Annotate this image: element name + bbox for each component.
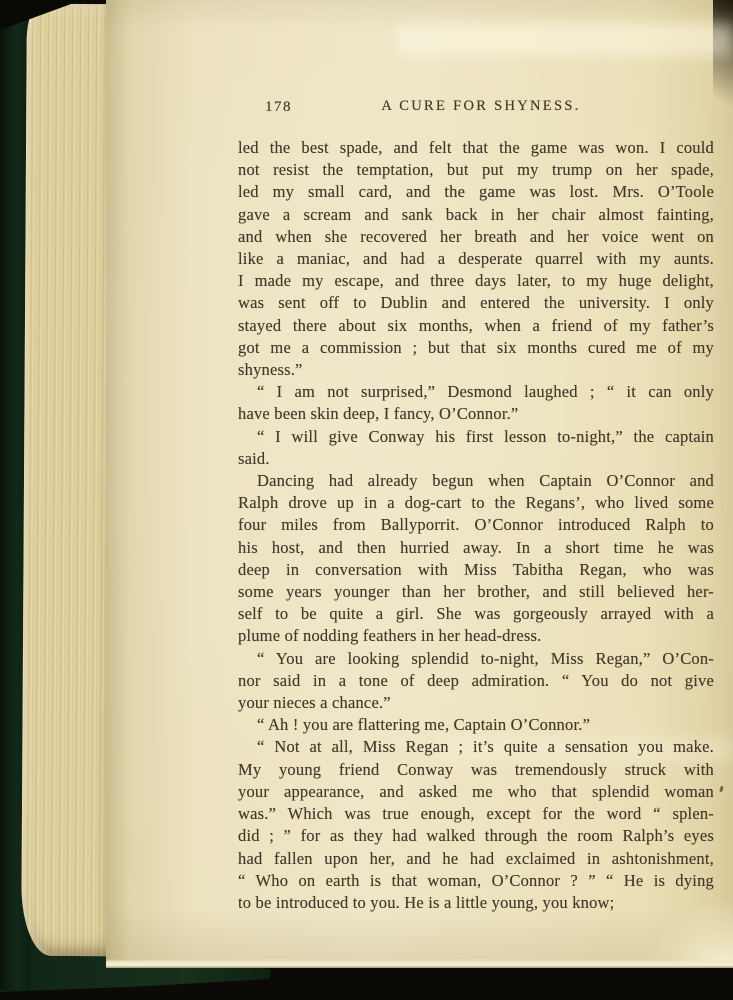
text-line: led my small card, and the game was lost…	[238, 181, 714, 203]
text-line: self to be quite a girl. She was gorgeou…	[238, 603, 714, 625]
text-line: your nieces a chance.”	[238, 692, 714, 714]
text-line: like a maniac, and had a desperate quarr…	[238, 248, 714, 270]
text-line: shyness.”	[238, 359, 714, 381]
text-line: My young friend Conway was tremendously …	[238, 759, 714, 781]
running-header: A CURE FOR SHYNESS.	[248, 98, 714, 115]
text-line: I made my escape, and three days later, …	[238, 270, 714, 292]
text-line: your appearance, and asked me who that s…	[238, 781, 714, 803]
text-line: have been skin deep, I fancy, O’Connor.”	[238, 403, 714, 425]
text-column: led the best spade, and felt that the ga…	[238, 137, 714, 917]
page-header: 178 A CURE FOR SHYNESS.	[238, 98, 714, 118]
book-photograph: { "scene": { "colors": { "background": "…	[0, 0, 733, 1000]
text-line: had fallen upon her, and he had exclaime…	[238, 848, 714, 870]
text-line: was.” Which was true enough, except for …	[238, 803, 714, 825]
text-line: “ Who on earth is that woman, O’Connor ?…	[238, 870, 714, 892]
text-line: nor said in a tone of deep admiration. “…	[238, 670, 714, 692]
text-line: gave a scream and sank back in her chair…	[238, 204, 714, 226]
paragraph: “ I will give Conway his first lesson to…	[238, 426, 714, 470]
text-line: led the best spade, and felt that the ga…	[238, 137, 714, 159]
text-line: four miles from Ballyporrit. O’Connor in…	[238, 514, 714, 536]
text-line: stayed there about six months, when a fr…	[238, 315, 714, 337]
paragraph: “ You are looking splendid to-night, Mis…	[238, 648, 714, 715]
text-line: and when she recovered her breath and he…	[238, 226, 714, 248]
text-line: Dancing had already begun when Captain O…	[238, 470, 714, 492]
text-line: deep in conversation with Miss Tabitha R…	[238, 559, 714, 581]
text-line: his host, and then hurried away. In a sh…	[238, 537, 714, 559]
text-line: “ Ah ! you are flattering me, Captain O’…	[238, 714, 714, 736]
text-line: “ Not at all, Miss Regan ; it’s quite a …	[238, 736, 714, 758]
text-line: to be introduced to you. He is a little …	[238, 892, 714, 914]
text-line: “ I will give Conway his first lesson to…	[238, 426, 714, 448]
text-line: plume of nodding feathers in her head-dr…	[238, 625, 714, 647]
paragraph: “ Not at all, Miss Regan ; it’s quite a …	[238, 736, 714, 914]
book-page: 178 A CURE FOR SHYNESS. led the best spa…	[106, 0, 733, 968]
text-line: “ I am not surprised,” Desmond laughed ;…	[238, 381, 714, 403]
text-line: some years younger than her brother, and…	[238, 581, 714, 603]
paragraph: “ I am not surprised,” Desmond laughed ;…	[238, 381, 714, 425]
paragraph: “ Ah ! you are flattering me, Captain O’…	[238, 714, 714, 736]
text-line: was sent off to Dublin and entered the u…	[238, 292, 714, 314]
paragraph: led the best spade, and felt that the ga…	[238, 137, 714, 381]
text-line: not resist the temptation, but put my tr…	[238, 159, 714, 181]
text-line: got me a commission ; but that six month…	[238, 337, 714, 359]
scan-light-band	[396, 24, 733, 56]
text-line: did ; ” for as they had walked through t…	[238, 825, 714, 847]
text-line: Ralph drove up in a dog-cart to the Rega…	[238, 492, 714, 514]
margin-speck	[719, 786, 724, 793]
paragraph: Dancing had already begun when Captain O…	[238, 470, 714, 648]
text-line: “ You are looking splendid to-night, Mis…	[238, 648, 714, 670]
text-line: said.	[238, 448, 714, 470]
